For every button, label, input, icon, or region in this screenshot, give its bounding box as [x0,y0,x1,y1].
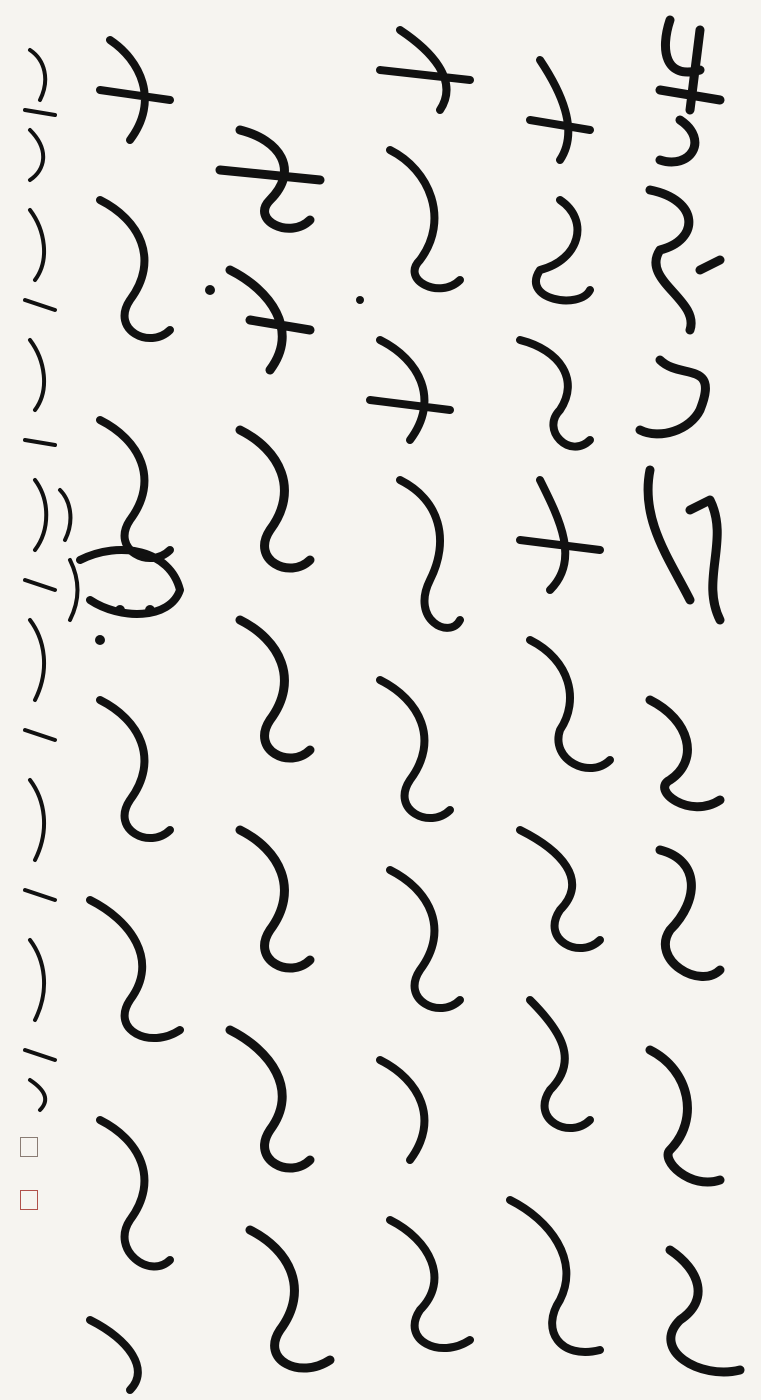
column-3 [370,30,470,1348]
column-2 [510,60,610,1352]
column-4 [220,130,330,1368]
column-5 [80,40,180,1390]
column-1 [640,20,740,1372]
calligraphy-strokes [0,0,761,1400]
artist-seal-lower [20,1190,38,1210]
calligraphy-paper: 乙巳七月初 [0,0,761,1400]
inscription-column [25,50,78,1110]
artist-seal-upper [20,1137,38,1157]
